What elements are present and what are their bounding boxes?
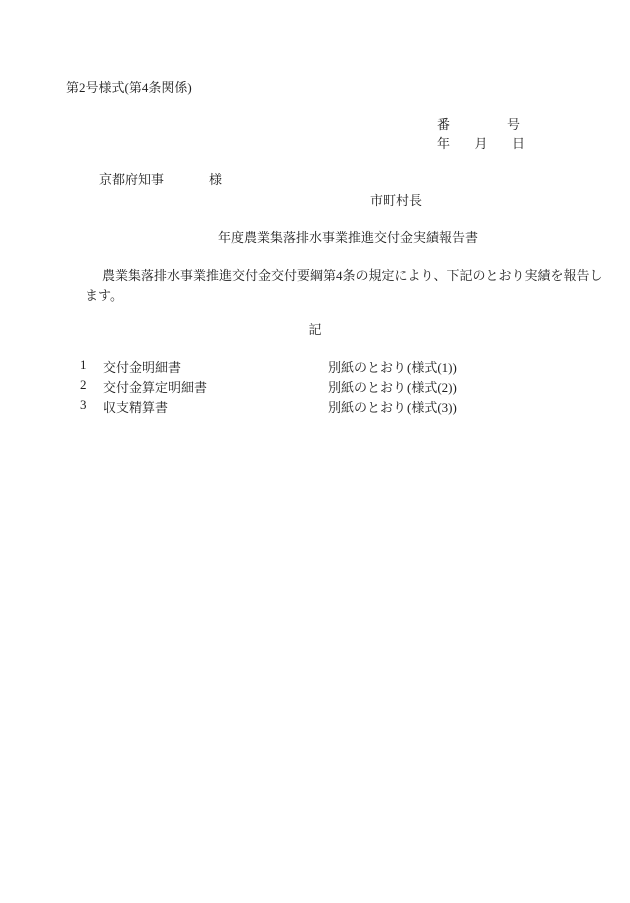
reference-date-line: 年 月 日 (437, 136, 525, 151)
reference-number-label: 番 (437, 117, 450, 132)
attachment-form: (様式(2)) (407, 377, 457, 396)
attachment-form: (様式(3)) (407, 397, 457, 416)
attachment-note: 別紙のとおり (328, 377, 406, 396)
attachment-note: 別紙のとおり (328, 397, 406, 416)
recipient-honorific: 様 (209, 172, 222, 187)
attachment-name: 交付金明細書 (103, 357, 181, 376)
attachment-row: 1 交付金明細書 別紙のとおり (様式(1)) (80, 357, 550, 377)
attachment-number: 2 (80, 377, 87, 393)
attachment-name: 交付金算定明細書 (103, 377, 207, 396)
recipient-name: 京都府知事 (99, 172, 164, 187)
document-page: 第2号様式(第4条関係) 番 号 年 月 日 京都府知事様 市町村長 年度農業集… (0, 0, 630, 903)
attachment-row: 3 収支精算書 別紙のとおり (様式(3)) (80, 397, 550, 417)
document-title: 年度農業集落排水事業推進交付金実績報告書 (218, 230, 478, 245)
recipient-line: 京都府知事様 (99, 172, 222, 187)
attachment-number: 3 (80, 397, 87, 413)
attachment-form: (様式(1)) (407, 357, 457, 376)
body-paragraph-line-1: 農業集落排水事業推進交付金交付要綱第4条の規定により、下記のとおり実績を報告し (102, 268, 603, 283)
body-paragraph-line-2: ます。 (85, 288, 123, 303)
attachment-note: 別紙のとおり (328, 357, 406, 376)
reference-number-suffix: 号 (507, 117, 520, 132)
form-number: 第2号様式(第4条関係) (66, 80, 192, 95)
attachment-list: 1 交付金明細書 別紙のとおり (様式(1)) 2 交付金算定明細書 別紙のとお… (80, 357, 550, 417)
attachment-row: 2 交付金算定明細書 別紙のとおり (様式(2)) (80, 377, 550, 397)
date-year-label: 年 (437, 136, 450, 151)
attachment-number: 1 (80, 357, 87, 373)
date-day-label: 日 (512, 136, 525, 151)
reference-number-line: 番 号 (437, 117, 520, 132)
sender-title: 市町村長 (370, 193, 422, 208)
attachment-name: 収支精算書 (103, 397, 168, 416)
date-month-label: 月 (474, 136, 487, 151)
record-heading: 記 (0, 322, 630, 337)
